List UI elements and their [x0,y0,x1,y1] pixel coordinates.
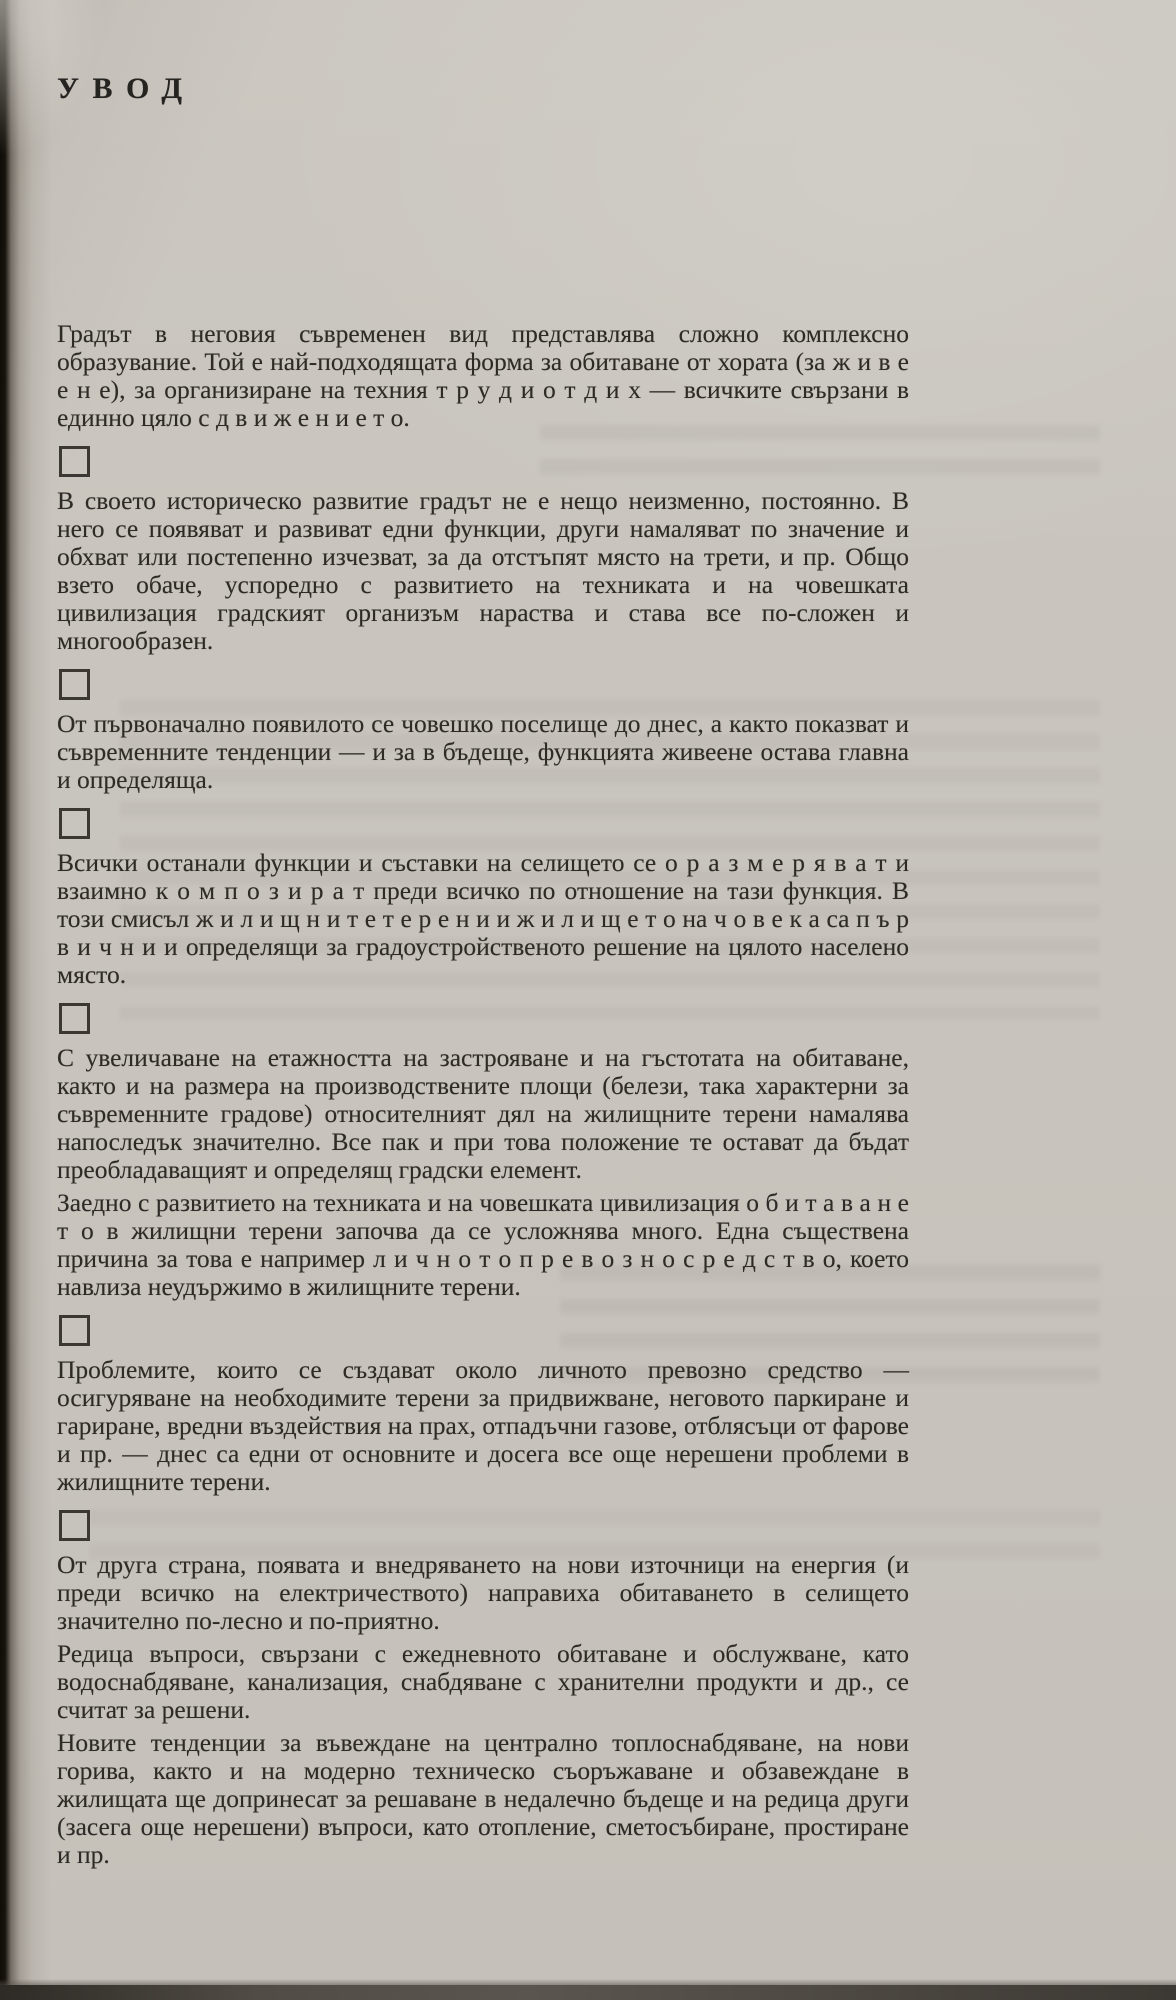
paragraph: Градът в неговия съвременен вид представ… [57,320,909,432]
checkbox-marker-icon [59,808,90,839]
checkbox-marker-icon [59,446,90,477]
checkbox-marker-icon [59,1003,90,1034]
page-body: УВОД Градът в неговия съвременен вид пре… [0,0,1176,1869]
paragraph: Заедно с развитието на техниката и на чо… [57,1189,909,1301]
paragraph: Редица въпроси, свързани с ежедневното о… [57,1640,909,1724]
page-title: УВОД [57,72,909,106]
paragraph: Проблемите, които се създават около личн… [57,1356,909,1496]
checkbox-marker-icon [59,669,90,700]
paragraph: Всички останали функции и съставки на се… [57,849,909,989]
page-bottom-edge [0,1985,1176,2000]
paragraph: От друга страна, появата и внедряването … [57,1551,909,1635]
checkbox-marker-icon [59,1510,90,1541]
paragraph: В своето историческо развитие градът не … [57,487,909,655]
scanned-book-page: УВОД Градът в неговия съвременен вид пре… [0,0,1176,2000]
paragraph: С увеличаване на етажността на застроява… [57,1044,909,1184]
paragraph: Новите тенденции за въвеждане на централ… [57,1729,909,1869]
checkbox-marker-icon [59,1315,90,1346]
paragraph: От първоначално появилото се човешко пос… [57,710,909,794]
page-content: Градът в неговия съвременен вид представ… [57,320,909,1869]
